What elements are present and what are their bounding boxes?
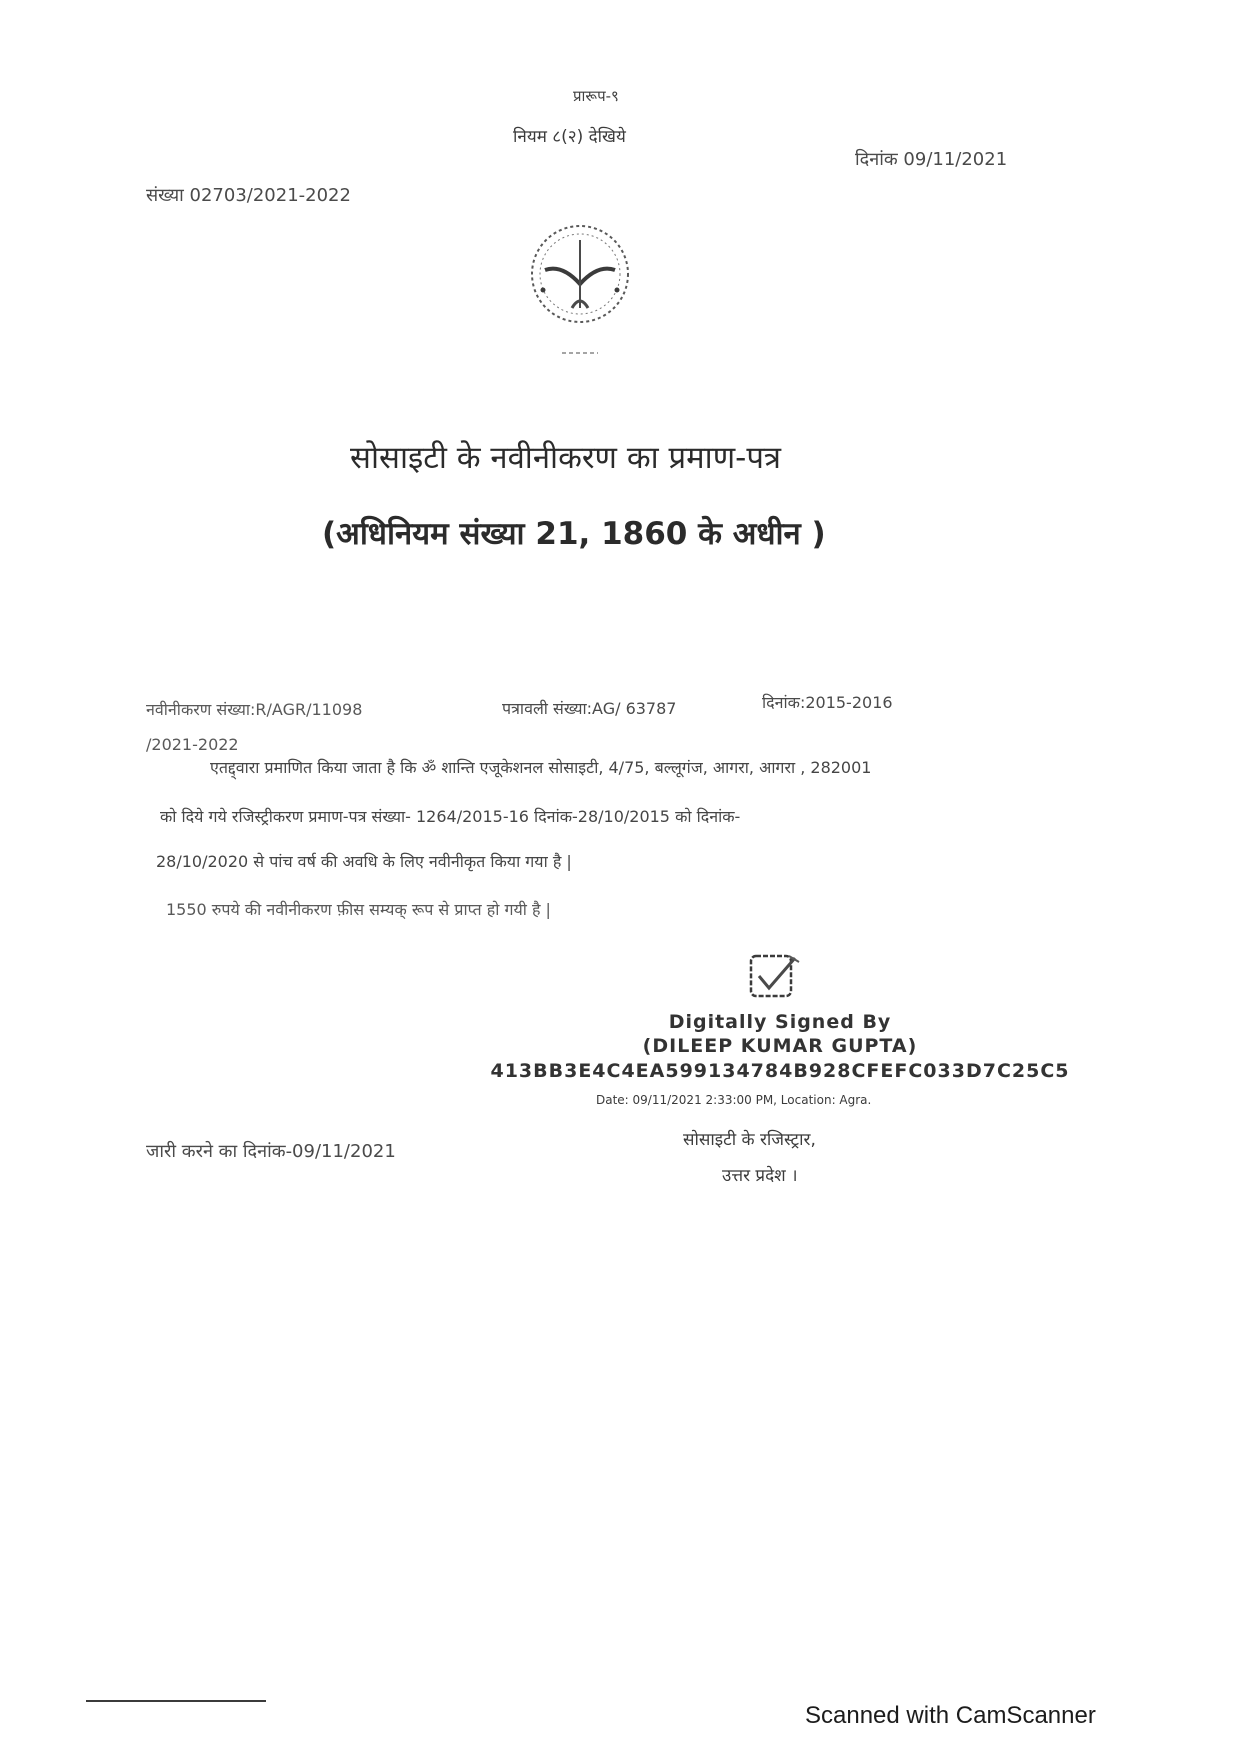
signature-label: Digitally Signed By (470, 1010, 1090, 1034)
signature-hash: 413BB3E4C4EA599134784B928CFEFC033D7C25C5 (470, 1058, 1090, 1084)
signer-name: (DILEEP KUMAR GUPTA) (470, 1034, 1090, 1058)
body-line-2: को दिये गये रजिस्ट्रीकरण प्रमाण-पत्र संख… (160, 805, 740, 827)
certificate-subtitle: (अधिनियम संख्या 21, 1860 के अधीन ) (322, 512, 826, 554)
body-line-3: 28/10/2020 से पांच वर्ष की अवधि के लिए न… (156, 850, 572, 872)
issue-date: जारी करने का दिनांक-09/11/2021 (146, 1139, 396, 1163)
uttar-pradesh-emblem-icon (527, 218, 633, 368)
file-date: दिनांक:2015-2016 (762, 691, 893, 713)
body-line-4: 1550 रुपये की नवीनीकरण फ़ीस सम्यक् रूप स… (166, 898, 551, 920)
rule-reference: नियम ८(२) देखिये (513, 124, 626, 147)
registrar-title: सोसाइटी के रजिस्ट्रार, (683, 1127, 816, 1150)
camscanner-watermark: Scanned with CamScanner (805, 1702, 1096, 1730)
renewal-year: /2021-2022 (146, 735, 239, 754)
certificate-title: सोसाइटी के नवीनीकरण का प्रमाण-पत्र (350, 436, 781, 478)
file-number: पत्रावली संख्या:AG/ 63787 (502, 697, 676, 719)
header-date: दिनांक 09/11/2021 (855, 147, 1007, 171)
footer-divider (86, 1700, 266, 1702)
form-label: प्रारूप-९ (573, 86, 619, 106)
registrar-state: उत्तर प्रदेश । (722, 1163, 798, 1186)
body-line-1: एतद्द्वारा प्रमाणित किया जाता है कि ॐ शा… (210, 756, 871, 778)
renewal-number: नवीनीकरण संख्या:R/AGR/11098 (146, 698, 362, 720)
serial-number: संख्या 02703/2021-2022 (146, 183, 351, 207)
signature-timestamp: Date: 09/11/2021 2:33:00 PM, Location: A… (596, 1093, 871, 1107)
signature-check-icon (745, 948, 805, 1004)
digital-signature-block: Digitally Signed By (DILEEP KUMAR GUPTA)… (470, 1010, 1090, 1084)
